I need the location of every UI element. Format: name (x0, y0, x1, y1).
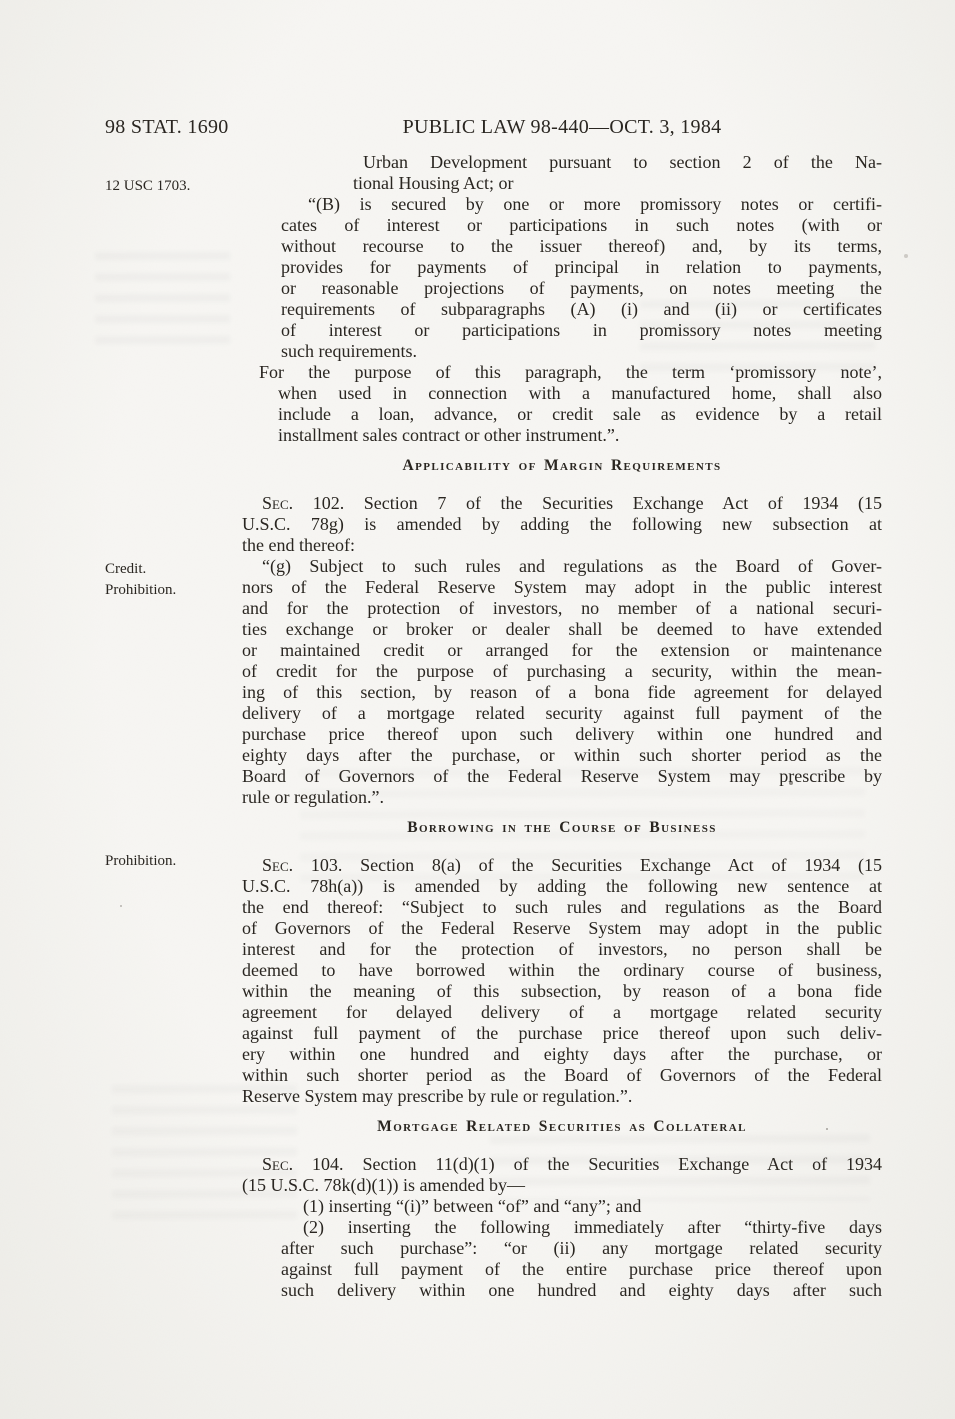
sec-104-intro: Sec. 104. Section 11(d)(1) of the Securi… (242, 1154, 882, 1196)
text-line: ery within one hundred and eighty days a… (242, 1044, 882, 1065)
text-line: (15 U.S.C. 78k(d)(1)) is amended by— (242, 1175, 882, 1196)
text-line: purchase price thereof upon such deliver… (242, 724, 882, 745)
text-line: eighty days after the purchase, or withi… (242, 745, 882, 766)
statute-page: 98 STAT. 1690 PUBLIC LAW 98-440—OCT. 3, … (0, 0, 955, 1419)
text-line: For the purpose of this paragraph, the t… (278, 362, 882, 383)
text-line: cates of interest or participations in s… (281, 215, 882, 236)
text-line: “(B) is secured by one or more promissor… (281, 194, 882, 215)
text-line: of interest or participations in promiss… (281, 320, 882, 341)
text-line: such delivery within one hundred and eig… (281, 1280, 882, 1301)
text-line: after such purchase”: “or (ii) any mortg… (281, 1238, 882, 1259)
text-line: Reserve System may prescribe by rule or … (242, 1086, 882, 1107)
text-line: rule or regulation.”. (242, 787, 882, 808)
text-line: and for the protection of investors, no … (242, 598, 882, 619)
heading-collateral: Mortgage Related Securities as Collatera… (242, 1116, 882, 1137)
text-line: “(g) Subject to such rules and regulatio… (242, 556, 882, 577)
margin-note-usc-citation: 12 USC 1703. (105, 176, 240, 197)
text-line: deemed to have borrowed within the ordin… (242, 960, 882, 981)
text-line: when used in connection with a manufactu… (278, 383, 882, 404)
statute-body: Urban Development pursuant to section 2 … (242, 152, 882, 1301)
text-line: provides for payments of principal in re… (281, 257, 882, 278)
text-line: of credit for the purpose of purchasing … (242, 661, 882, 682)
text-line: nors of the Federal Reserve System may a… (242, 577, 882, 598)
text-line: or reasonable projections of payments, o… (281, 278, 882, 299)
text-line: include a loan, advance, or credit sale … (278, 404, 882, 425)
scan-speck (0, 0, 2, 2)
sec-103: Sec. 103. Section 8(a) of the Securities… (242, 855, 882, 1107)
text-line: or maintained credit or arranged for the… (242, 640, 882, 661)
text-line: the end thereof: “Subject to such rules … (242, 897, 882, 918)
text-line: Sec. 103. Section 8(a) of the Securities… (242, 855, 882, 876)
text-line: of Governors of the Federal Reserve Syst… (242, 918, 882, 939)
text-line: against full payment of the entire purch… (281, 1259, 882, 1280)
heading-margin-requirements: Applicability of Margin Requirements (242, 455, 882, 476)
text-line: against full payment of the purchase pri… (242, 1023, 882, 1044)
text-line: tional Housing Act; or (353, 173, 882, 194)
purpose-clause: For the purpose of this paragraph, the t… (278, 362, 882, 446)
text-line: Sec. 102. Section 7 of the Securities Ex… (242, 493, 882, 514)
heading-borrowing: Borrowing in the Course of Business (242, 817, 882, 838)
stat-page-number: 98 STAT. 1690 (105, 116, 229, 139)
text-line: ties exchange or broker or dealer shall … (242, 619, 882, 640)
text-line: Sec. 104. Section 11(d)(1) of the Securi… (242, 1154, 882, 1175)
text-line: without recourse to the issuer thereof) … (281, 236, 882, 257)
text-line: U.S.C. 78h(a)) is amended by adding the … (242, 876, 882, 897)
bleedthrough-artifact (95, 252, 230, 347)
text-line: Urban Development pursuant to section 2 … (353, 152, 882, 173)
text-line: such requirements. (281, 341, 882, 362)
sec-104-item-1: (1) inserting “(i)” between “of” and “an… (281, 1196, 882, 1217)
continuation-clause: Urban Development pursuant to section 2 … (353, 152, 882, 194)
margin-note-prohibition: Prohibition. (105, 851, 240, 872)
text-line: U.S.C. 78g) is amended by adding the fol… (242, 514, 882, 535)
text-line: installment sales contract or other inst… (278, 425, 882, 446)
text-line: delivery of a mortgage related security … (242, 703, 882, 724)
text-line: (1) inserting “(i)” between “of” and “an… (281, 1196, 882, 1217)
text-line: Board of Governors of the Federal Reserv… (242, 766, 882, 787)
text-line: agreement for delayed delivery of a mort… (242, 1002, 882, 1023)
sec-102-intro: Sec. 102. Section 7 of the Securities Ex… (242, 493, 882, 556)
text-line: requirements of subparagraphs (A) (i) an… (281, 299, 882, 320)
law-title-header: PUBLIC LAW 98-440—OCT. 3, 1984 (242, 116, 882, 139)
sec-102-subsection-g: “(g) Subject to such rules and regulatio… (242, 556, 882, 808)
text-line: ing of this section, by reason of a bona… (242, 682, 882, 703)
text-line: interest and for the protection of inves… (242, 939, 882, 960)
text-line: within the meaning of this subsection, b… (242, 981, 882, 1002)
text-line: the end thereof: (242, 535, 882, 556)
margin-note-credit-prohibition: Credit. Prohibition. (105, 559, 240, 601)
subparagraph-B: “(B) is secured by one or more promissor… (281, 194, 882, 362)
text-line: (2) inserting the following immediately … (281, 1217, 882, 1238)
text-line: within such shorter period as the Board … (242, 1065, 882, 1086)
sec-104-item-2: (2) inserting the following immediately … (281, 1217, 882, 1301)
